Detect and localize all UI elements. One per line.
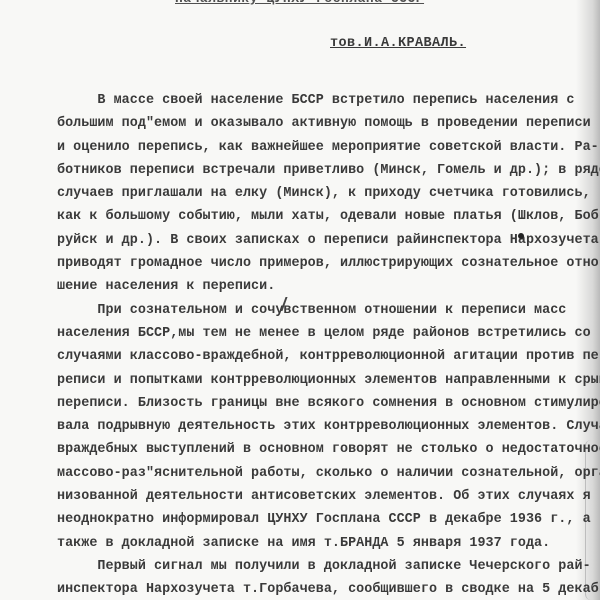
body-line: также в докладной записке на имя т.БРАНД… — [57, 532, 597, 555]
body-line: враждебных выступлений в основном говоря… — [57, 438, 597, 461]
body-line: вала подрывную деятельность этих контрре… — [57, 415, 597, 438]
body-line: Первый сигнал мы получили в докладной за… — [57, 555, 597, 578]
body-line: приводят громадное число примеров, иллюс… — [57, 252, 597, 275]
body-line: руйск и др.). В своих записках о перепис… — [57, 229, 597, 252]
body-line: низованной деятельности антисоветских эл… — [57, 485, 597, 508]
addressee-line: тов.И.А.КРАВАЛЬ. — [330, 36, 466, 51]
body-line: При сознательном и сочувственном отношен… — [57, 299, 597, 322]
body-line: шение населения к переписи. — [57, 275, 597, 298]
document-body: В массе своей население БССР встретило п… — [57, 89, 597, 600]
scanned-document-page: Начальнику ЦУНХУ Госплана СССР тов.И.А.К… — [0, 0, 600, 600]
body-line: ботников переписи встречали приветливо (… — [57, 159, 597, 182]
body-line: случаями классово-враждебной, контрревол… — [57, 345, 597, 368]
body-line: В массе своей население БССР встретило п… — [57, 89, 597, 112]
body-line: случаев приглашали на елку (Минск), к пр… — [57, 182, 597, 205]
body-line: массово-раз"яснительной работы, сколько … — [57, 462, 597, 485]
document-header: Начальнику ЦУНХУ Госплана СССР — [175, 0, 424, 6]
body-line: переписи. Близость границы вне всякого с… — [57, 392, 597, 415]
body-line: неоднократно информировал ЦУНХУ Госплана… — [57, 508, 597, 531]
ink-blot — [518, 233, 524, 239]
body-line: и оценило перепись, как важнейшее меропр… — [57, 136, 597, 159]
body-line: большим под"емом и оказывало активную по… — [57, 112, 597, 135]
body-line: населения БССР,мы тем не менее в целом р… — [57, 322, 597, 345]
body-line: инспектора Нархозучета т.Горбачева, сооб… — [57, 578, 597, 600]
body-line: реписи и попытками контрреволюционных эл… — [57, 369, 597, 392]
body-line: как к большому событию, мыли хаты, одева… — [57, 205, 597, 228]
